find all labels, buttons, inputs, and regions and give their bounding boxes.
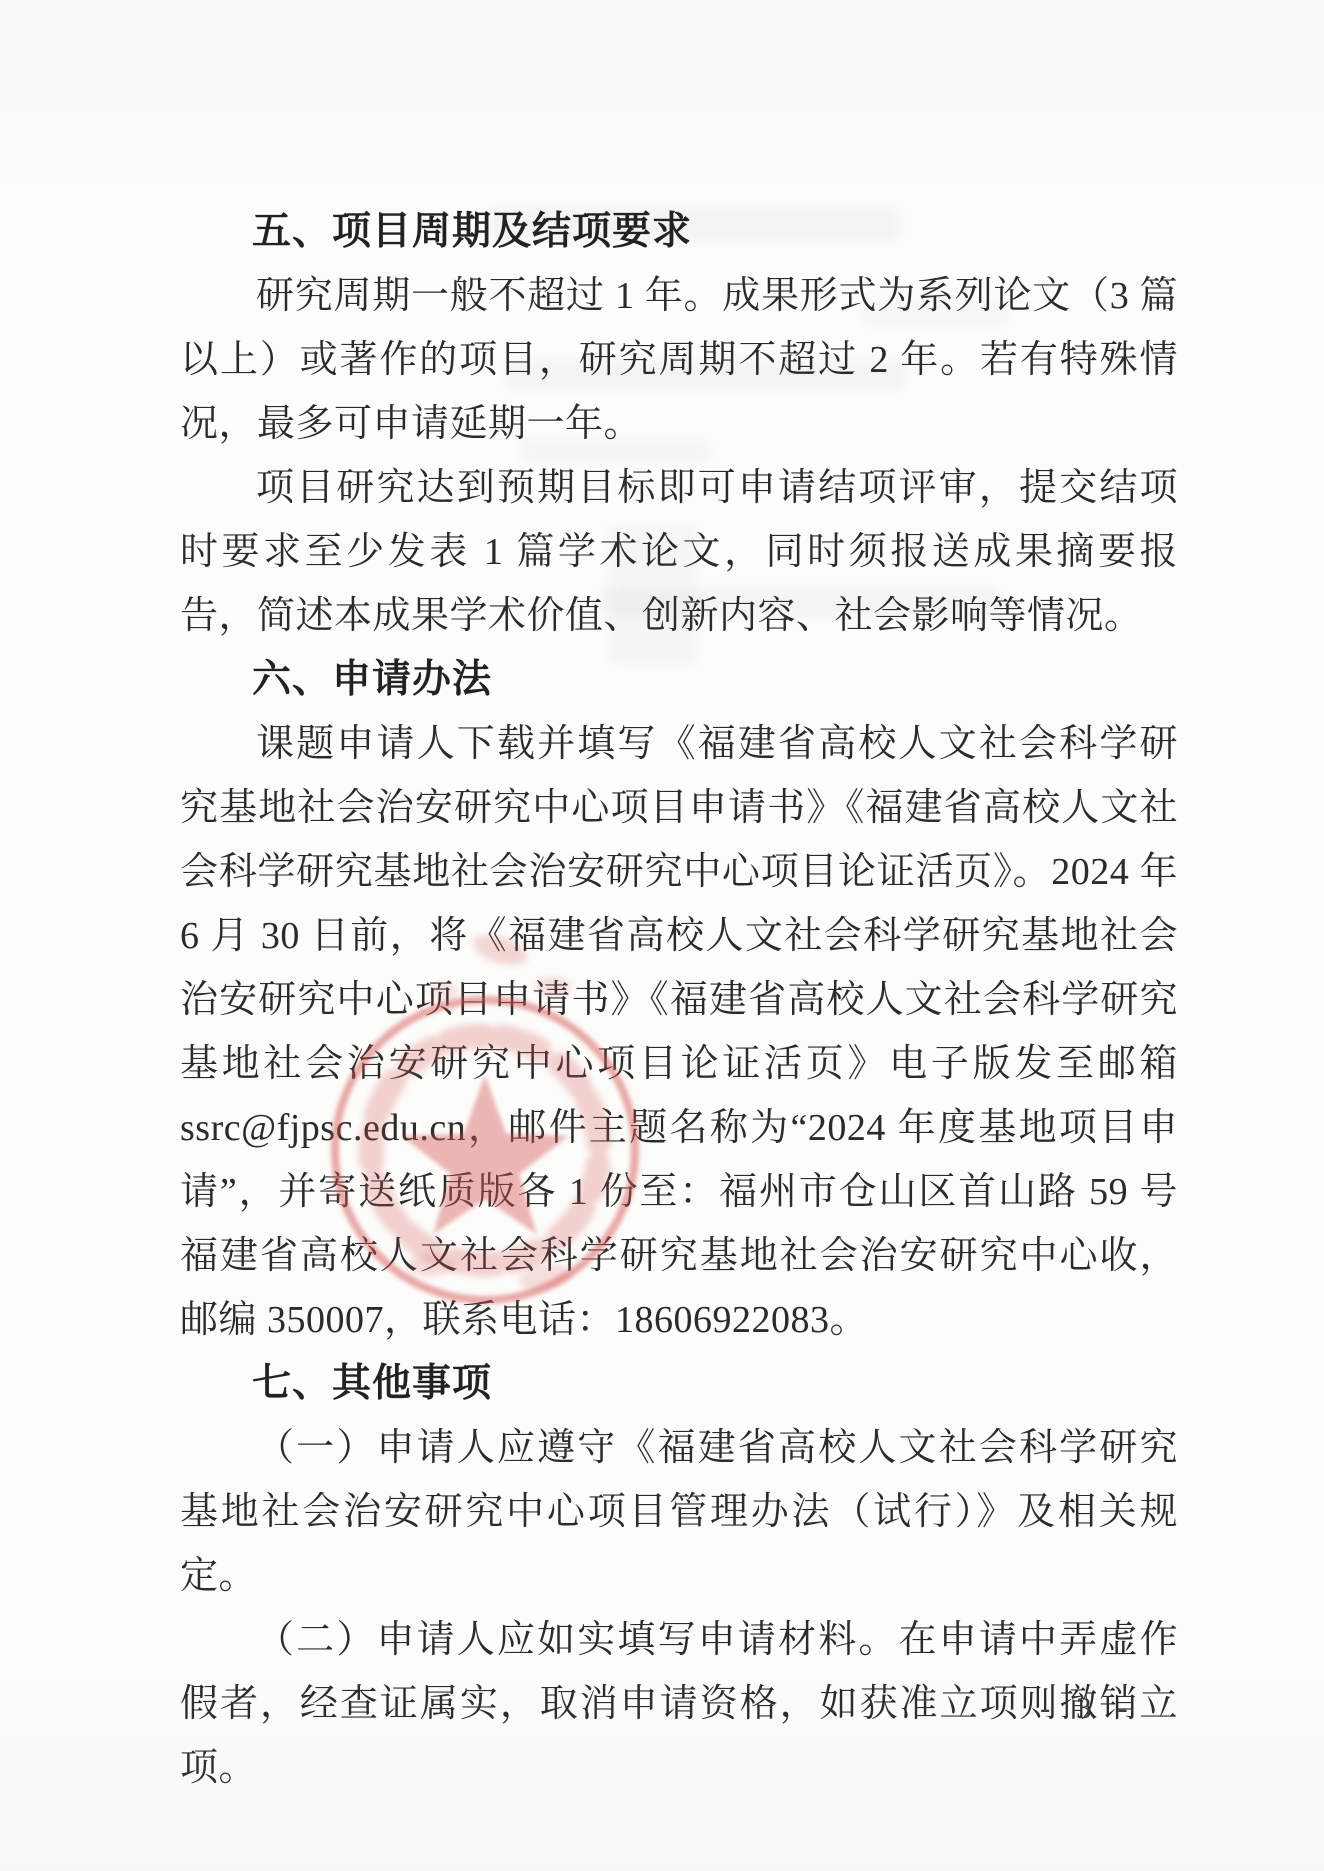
paragraph: 项目研究达到预期目标即可申请结项评审，提交结项时要求至少发表 1 篇学术论文，同…: [180, 456, 1178, 648]
document-content: 五、项目周期及结项要求研究周期一般不超过 1 年。成果形式为系列论文（3 篇以上…: [180, 200, 1178, 1800]
paragraph: （二）申请人应如实填写申请材料。在申请中弄虚作假者，经查证属实，取消申请资格，如…: [180, 1608, 1178, 1800]
paragraph: 研究周期一般不超过 1 年。成果形式为系列论文（3 篇以上）或著作的项目，研究周…: [180, 264, 1178, 456]
paragraph: （一）申请人应遵守《福建省高校人文社会科学研究基地社会治安研究中心项目管理办法（…: [180, 1416, 1178, 1608]
document-page: 五、项目周期及结项要求研究周期一般不超过 1 年。成果形式为系列论文（3 篇以上…: [0, 0, 1324, 1871]
page-number: - 3 -: [1040, 1690, 1137, 1726]
paragraph: 课题申请人下载并填写《福建省高校人文社会科学研究基地社会治安研究中心项目申请书》…: [180, 712, 1178, 1352]
section-heading: 六、申请办法: [252, 648, 1178, 712]
section-heading: 五、项目周期及结项要求: [252, 200, 1178, 264]
section-heading: 七、其他事项: [252, 1352, 1178, 1416]
